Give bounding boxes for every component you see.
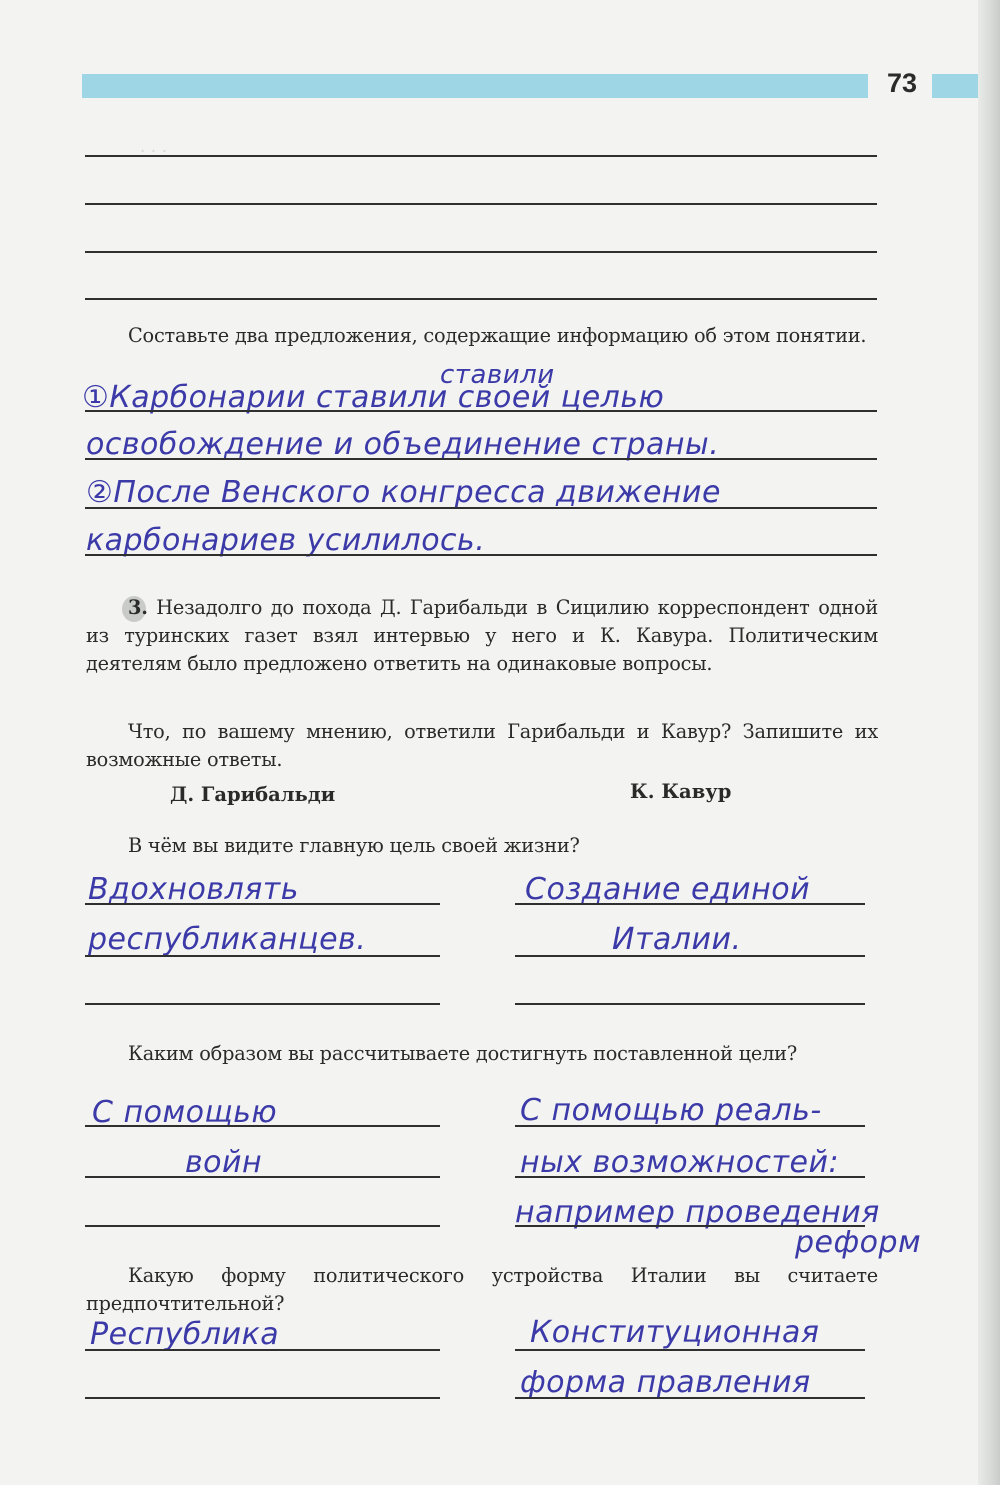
header-bar-right (932, 74, 978, 98)
task3-instruction: Что, по вашему мнению, ответили Гарибаль… (86, 718, 878, 774)
garibaldi-answer-1: Вдохновлять (88, 875, 299, 905)
answer-line-right[interactable] (515, 1003, 865, 1005)
cavour-answer-1: Создание единой (525, 875, 810, 905)
column-header-garibaldi: Д. Гарибальди (170, 783, 335, 806)
cavour-answer-3: Конституционная (530, 1318, 819, 1348)
answer-line-left[interactable] (85, 1397, 440, 1399)
handwritten-line: карбонариев усилилось. (86, 526, 485, 556)
question-1: В чём вы видите главную цель своей жизни… (86, 832, 878, 860)
garibaldi-answer-1: республиканцев. (88, 925, 366, 955)
handwritten-line: ②После Венского конгресса движение (86, 478, 721, 508)
answer-line-right[interactable] (515, 1397, 865, 1399)
answer-line-left[interactable] (85, 1349, 440, 1351)
task3-intro: 3. Незадолго до похода Д. Гарибальди в С… (86, 594, 878, 678)
answer-line-right[interactable] (515, 955, 865, 957)
garibaldi-answer-3: Республика (90, 1320, 279, 1350)
answer-line-right[interactable] (515, 903, 865, 905)
answer-line-left[interactable] (85, 1225, 440, 1227)
answer-line[interactable] (85, 298, 877, 300)
task-number-badge: 3. (128, 594, 148, 622)
answer-line[interactable] (85, 251, 877, 253)
question-3: Какую форму политического устройства Ита… (86, 1262, 878, 1318)
header-bar-left (82, 74, 868, 98)
answer-line-right[interactable] (515, 1349, 865, 1351)
answer-line-left[interactable] (85, 1176, 440, 1178)
answer-line[interactable] (85, 458, 877, 460)
sentences-prompt: Составьте два предложения, содержащие ин… (86, 322, 878, 350)
cavour-answer-2: ных возможностей: (520, 1148, 839, 1178)
answer-line-right[interactable] (515, 1176, 865, 1178)
answer-line[interactable] (85, 155, 877, 157)
cavour-answer-1: Италии. (612, 925, 742, 955)
answer-line-left[interactable] (85, 1125, 440, 1127)
answer-line-left[interactable] (85, 903, 440, 905)
answer-line[interactable] (85, 203, 877, 205)
cavour-answer-2: С помощью реаль- (520, 1096, 822, 1126)
column-header-cavour: К. Кавур (630, 780, 731, 803)
cavour-answer-3: форма правления (520, 1368, 811, 1398)
show-through-text: · · · (140, 142, 167, 162)
handwritten-line: ①Карбонарии ставили своей целью (82, 383, 664, 413)
answer-line[interactable] (85, 554, 877, 556)
cavour-answer-2: например проведения (515, 1198, 880, 1228)
garibaldi-answer-2: войн (185, 1148, 262, 1178)
answer-line-left[interactable] (85, 1003, 440, 1005)
question-2: Каким образом вы рассчитываете достигнут… (86, 1040, 878, 1068)
garibaldi-answer-2: С помощью (92, 1098, 277, 1128)
page-number: 73 (874, 68, 930, 99)
handwritten-line: освобождение и объединение страны. (86, 430, 719, 460)
page-edge-shadow (978, 0, 1000, 1485)
cavour-answer-2: реформ (795, 1228, 921, 1258)
answer-line-right[interactable] (515, 1125, 865, 1127)
answer-line[interactable] (85, 410, 877, 412)
answer-line-left[interactable] (85, 955, 440, 957)
answer-line[interactable] (85, 507, 877, 509)
